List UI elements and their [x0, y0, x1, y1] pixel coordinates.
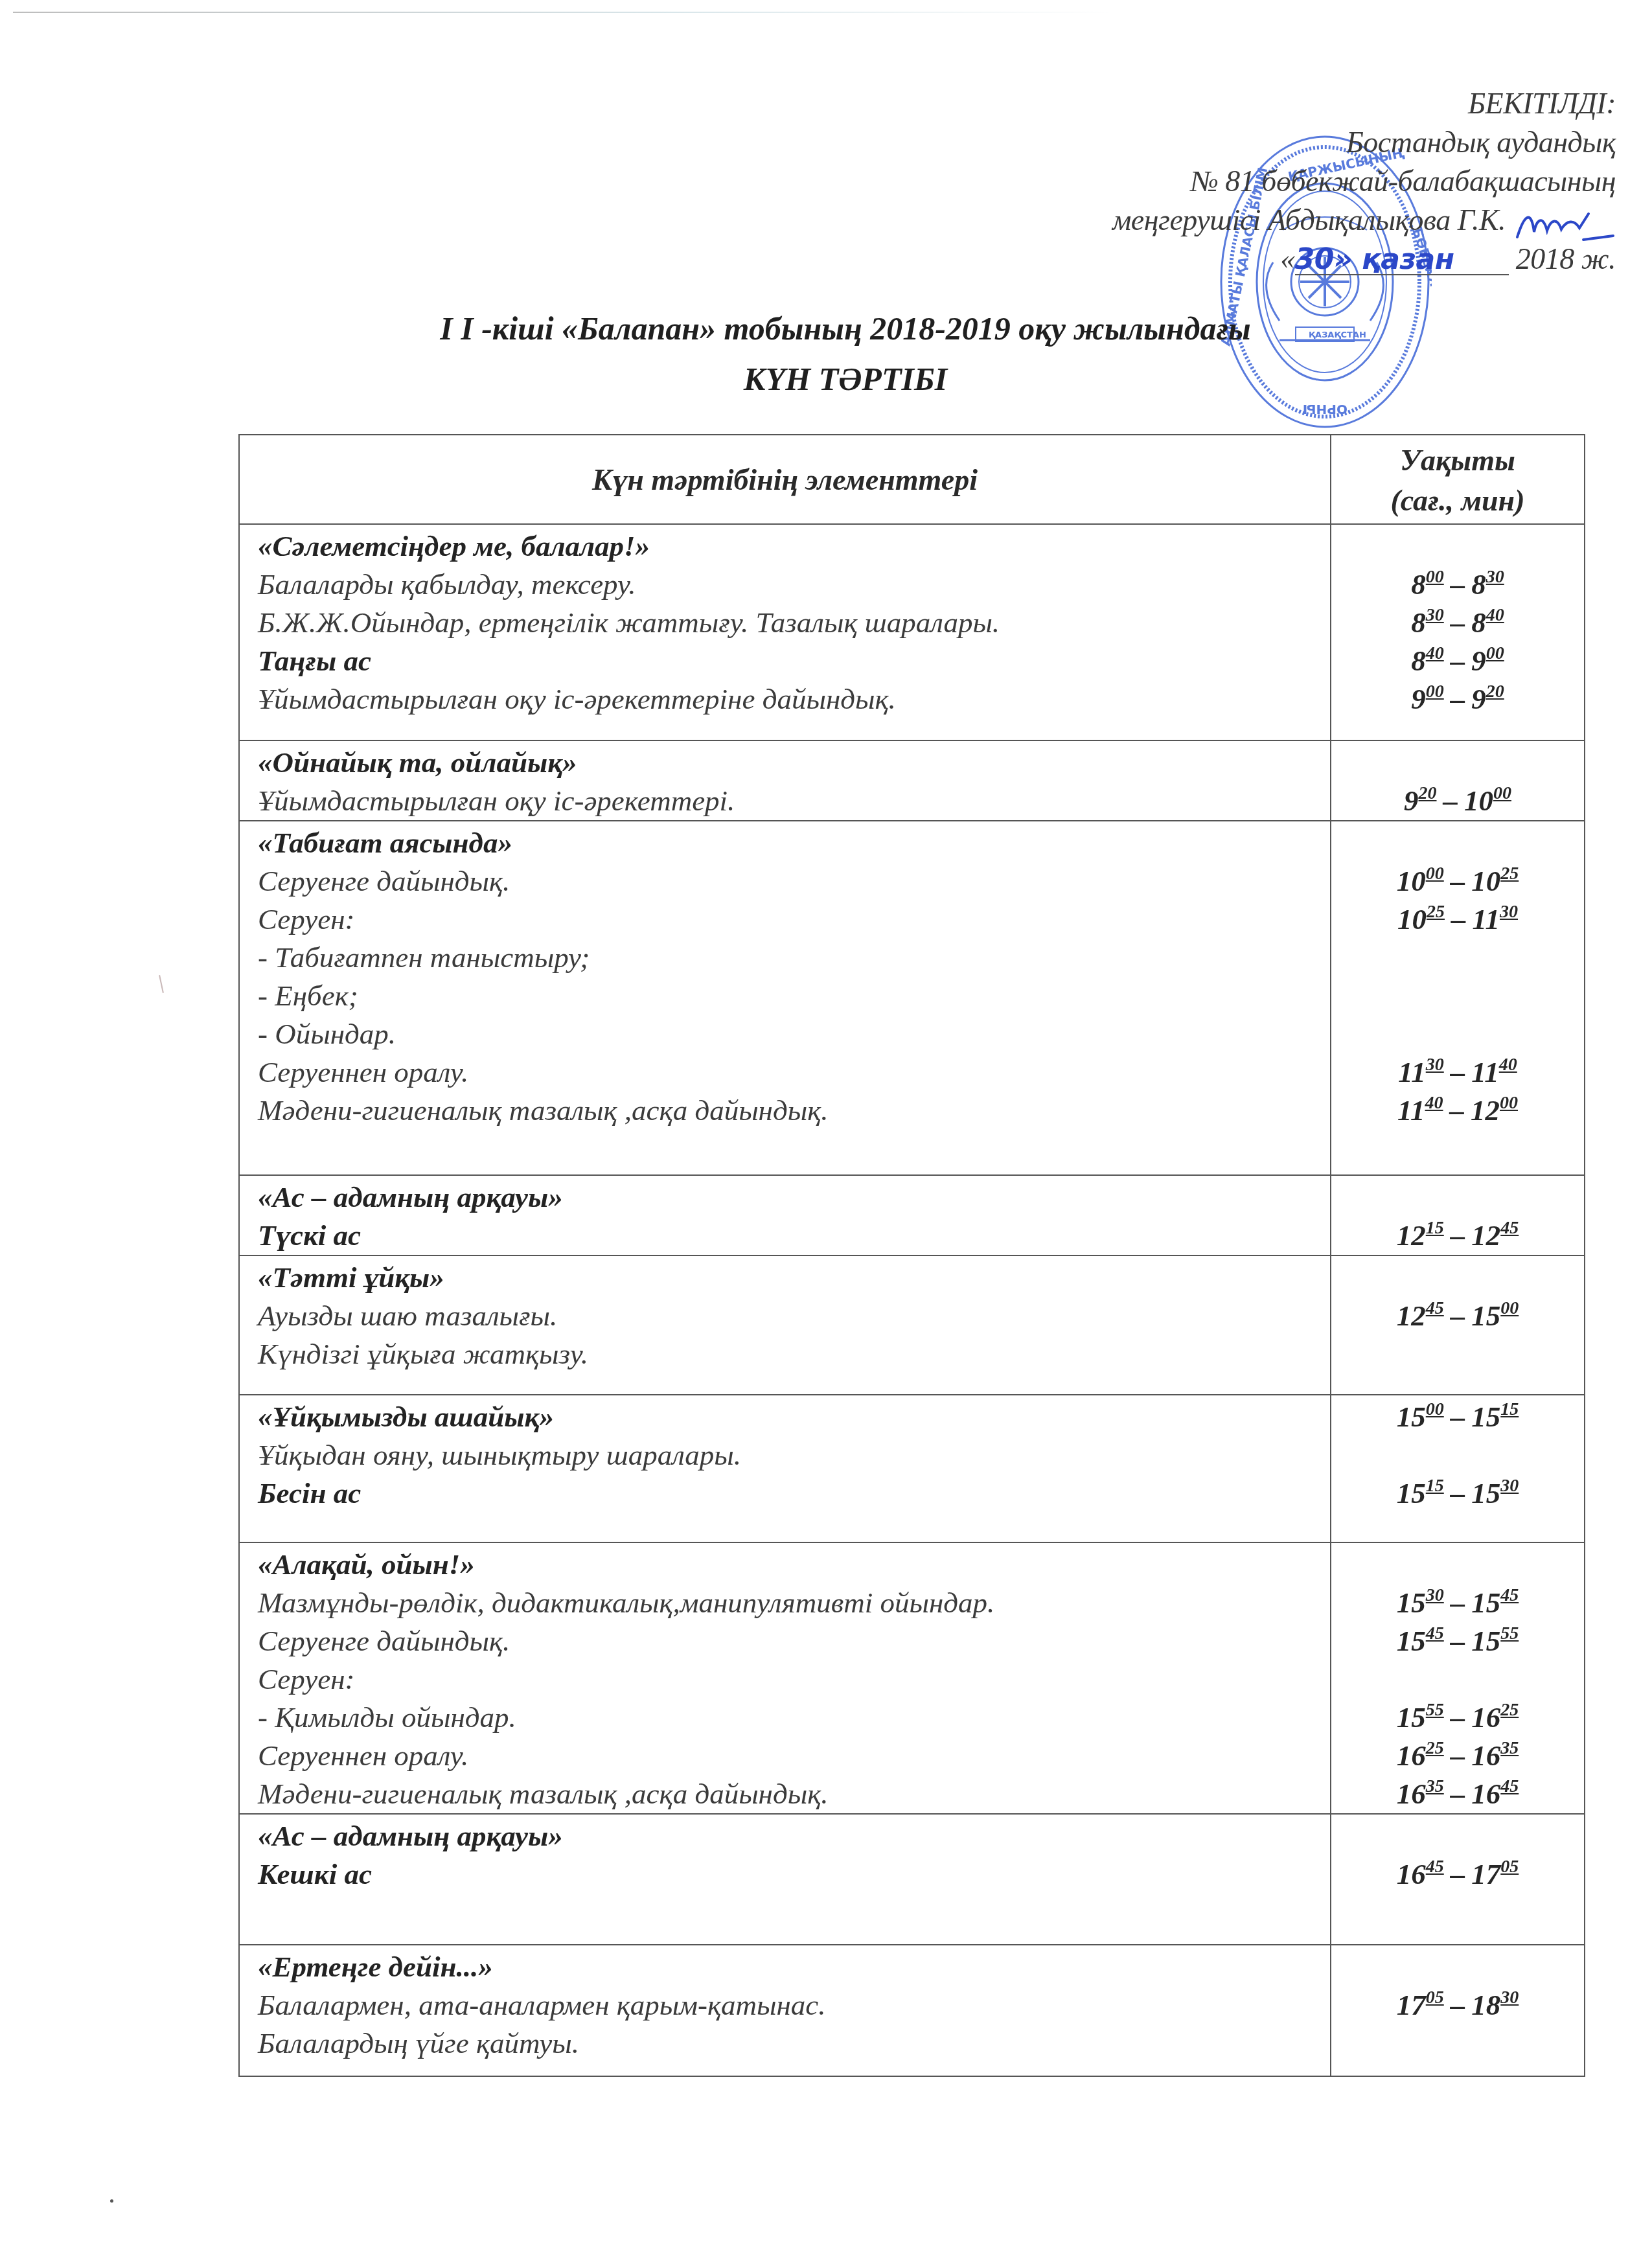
activity-item: Балалардың үйге қайтуы.: [258, 2024, 1330, 2063]
activity-item: Күндізгі ұйқыға жатқызу.: [258, 1335, 1330, 1373]
time-range: 840–900: [1331, 642, 1584, 680]
start-minutes: 45: [1426, 1298, 1444, 1318]
activity-item: Серуен:: [258, 900, 1330, 939]
end-hour: 15: [1471, 1300, 1500, 1332]
end-hour: 11: [1472, 903, 1500, 935]
approval-block: БЕКІТІЛДІ: Бостандық аудандық № 81 бөбек…: [1112, 84, 1616, 279]
dash: –: [1451, 1056, 1465, 1088]
activity-heading: «Сәлеметсіңдер ме, балалар!»: [258, 527, 1330, 566]
activity-item: Мәдени-гигиеналық тазалық ,асқа дайындық…: [258, 1092, 1330, 1130]
time-empty: [1331, 824, 1584, 862]
activity-item: - Табиғатпен таныстыру;: [258, 939, 1330, 977]
time-empty: [1331, 1546, 1584, 1584]
schedule-section-row: «Ертеңге дейін...»Балалармен, ата-аналар…: [239, 1945, 1585, 2076]
time-range: 1140–1200: [1331, 1092, 1584, 1130]
dash: –: [1451, 1219, 1465, 1252]
end-minutes: 45: [1500, 1218, 1519, 1238]
approval-institution: № 81 бөбекжай-балабақшасының: [1112, 162, 1616, 201]
schedule-section-row: «Ойнайық та, ойлайық»Ұйымдастырылған оқу…: [239, 740, 1585, 821]
time-range: 1245–1500: [1331, 1297, 1584, 1335]
schedule-section-row: «Тәтті ұйқы»Ауызды шаю тазалығы.Күндізгі…: [239, 1255, 1585, 1395]
end-hour: 9: [1471, 645, 1486, 677]
start-hour: 16: [1397, 1858, 1426, 1890]
dash: –: [1451, 1739, 1465, 1772]
time-range: 1025–1130: [1331, 900, 1584, 939]
dash: –: [1451, 606, 1465, 639]
dash: –: [1451, 1477, 1465, 1509]
activity-heading: «Табиғат аясында»: [258, 824, 1330, 862]
times-cell: 1215–1245: [1331, 1175, 1585, 1255]
activities-cell: «Ұйқымызды ашайық»Ұйқыдан ояну, шынықтыр…: [239, 1395, 1331, 1542]
time-empty: [1331, 744, 1584, 782]
start-hour: 15: [1397, 1625, 1426, 1657]
times-cell: 1000–10251025–11301130–11401140–1200: [1331, 821, 1585, 1175]
start-hour: 9: [1411, 683, 1426, 715]
schedule-section-row: «Ұйқымызды ашайық»Ұйқыдан ояну, шынықтыр…: [239, 1395, 1585, 1542]
start-hour: 12: [1397, 1300, 1426, 1332]
end-hour: 15: [1471, 1625, 1500, 1657]
dash: –: [1451, 903, 1466, 935]
end-minutes: 40: [1486, 605, 1504, 625]
end-minutes: 30: [1500, 902, 1518, 922]
time-range: 900–920: [1331, 680, 1584, 718]
header-time-units: (сағ., мин): [1331, 481, 1584, 521]
time-range: 1705–1830: [1331, 1986, 1584, 2024]
header-elements: Күн тәртібінің элементтері: [239, 435, 1331, 524]
end-minutes: 30: [1500, 1987, 1519, 2008]
activities-cell: «Ас – адамның арқауы»Түскі ас: [239, 1175, 1331, 1255]
end-hour: 8: [1471, 606, 1486, 639]
activities-cell: «Тәтті ұйқы»Ауызды шаю тазалығы.Күндізгі…: [239, 1255, 1331, 1395]
activity-item: Ұйымдастырылған оқу іс-әрекеттеріне дайы…: [258, 680, 1330, 718]
schedule-section-row: «Алақай, ойын!»Мазмұнды-рөлдік, дидактик…: [239, 1542, 1585, 1814]
activity-heading: «Ас – адамның арқауы»: [258, 1178, 1330, 1217]
daily-schedule-table: Күн тәртібінің элементтері Уақыты (сағ.,…: [238, 434, 1585, 2077]
activity-heading: Түскі ас: [258, 1217, 1330, 1255]
times-cell: 920–1000: [1331, 740, 1585, 821]
times-cell: 1530–15451545–15551555–16251625–16351635…: [1331, 1542, 1585, 1814]
start-hour: 16: [1397, 1739, 1426, 1772]
dash: –: [1450, 1094, 1465, 1127]
activity-item: Мазмұнды-рөлдік, дидактикалық,манипуляти…: [258, 1584, 1330, 1622]
approval-date: «30» қазан 2018 ж.: [1112, 240, 1616, 279]
approval-district: Бостандық аудандық: [1112, 123, 1616, 162]
activity-item: Балаларды қабылдау, тексеру.: [258, 566, 1330, 604]
end-hour: 11: [1471, 1056, 1499, 1088]
start-hour: 8: [1411, 568, 1426, 601]
end-minutes: 35: [1500, 1738, 1519, 1758]
end-minutes: 00: [1493, 783, 1511, 803]
activity-item: Б.Ж.Ж.Ойындар, ертеңгілік жаттығу. Тазал…: [258, 604, 1330, 642]
scan-mark: [159, 975, 164, 993]
activity-heading: Кешкі ас: [258, 1855, 1330, 1894]
start-minutes: 30: [1426, 605, 1444, 625]
end-minutes: 05: [1500, 1857, 1519, 1877]
time-range: 800–830: [1331, 566, 1584, 604]
time-empty: [1331, 939, 1584, 977]
time-range: 1515–1530: [1331, 1474, 1584, 1513]
svg-text:ОРНЫ: ОРНЫ: [1303, 402, 1348, 417]
activity-heading: Таңғы ас: [258, 642, 1330, 680]
time-range: 1000–1025: [1331, 862, 1584, 900]
end-hour: 15: [1471, 1401, 1500, 1433]
end-minutes: 25: [1500, 1700, 1519, 1720]
time-range: 1635–1645: [1331, 1775, 1584, 1813]
start-hour: 8: [1411, 645, 1426, 677]
end-hour: 16: [1471, 1701, 1500, 1734]
end-minutes: 25: [1500, 864, 1519, 884]
end-minutes: 20: [1486, 682, 1504, 702]
start-hour: 9: [1404, 785, 1419, 817]
start-minutes: 40: [1425, 1093, 1443, 1113]
end-hour: 10: [1471, 865, 1500, 897]
start-minutes: 15: [1426, 1476, 1444, 1496]
schedule-section-row: «Ас – адамның арқауы»Кешкі ас1645–1705: [239, 1814, 1585, 1945]
end-hour: 12: [1471, 1094, 1500, 1127]
time-empty: [1331, 1817, 1584, 1855]
start-minutes: 25: [1427, 902, 1445, 922]
start-minutes: 30: [1426, 1585, 1444, 1605]
table-header-row: Күн тәртібінің элементтері Уақыты (сағ.,…: [239, 435, 1585, 524]
time-range: 1130–1140: [1331, 1053, 1584, 1092]
scan-edge-line: [13, 12, 1114, 13]
start-minutes: 55: [1426, 1700, 1444, 1720]
end-hour: 16: [1471, 1739, 1500, 1772]
time-empty: [1331, 977, 1584, 1015]
end-hour: 17: [1471, 1858, 1500, 1890]
date-open-quote: «: [1280, 242, 1295, 275]
activity-item: Серуеннен оралу.: [258, 1737, 1330, 1775]
start-minutes: 45: [1426, 1623, 1444, 1644]
dash: –: [1443, 785, 1458, 817]
start-hour: 15: [1397, 1401, 1426, 1433]
end-hour: 18: [1471, 1989, 1500, 2021]
start-minutes: 00: [1426, 864, 1444, 884]
dash: –: [1451, 1300, 1465, 1332]
time-empty: [1331, 527, 1584, 566]
activity-heading: «Ертеңге дейін...»: [258, 1948, 1330, 1986]
time-empty: [1331, 1436, 1584, 1474]
signature-icon: [1512, 206, 1616, 245]
activity-item: - Ойындар.: [258, 1015, 1330, 1053]
time-range: 920–1000: [1331, 782, 1584, 820]
dash: –: [1451, 1401, 1465, 1433]
times-cell: 1705–1830: [1331, 1945, 1585, 2076]
activity-heading: «Ойнайық та, ойлайық»: [258, 744, 1330, 782]
time-empty: [1331, 1948, 1584, 1986]
time-range: 1215–1245: [1331, 1217, 1584, 1255]
time-range: 1645–1705: [1331, 1855, 1584, 1894]
schedule-body: «Сәлеметсіңдер ме, балалар!»Балаларды қа…: [239, 524, 1585, 2076]
start-hour: 11: [1397, 1094, 1425, 1127]
time-range: 1500–1515: [1331, 1398, 1584, 1436]
start-hour: 15: [1397, 1477, 1426, 1509]
time-empty: [1331, 1660, 1584, 1699]
start-hour: 10: [1397, 903, 1427, 935]
start-minutes: 45: [1426, 1857, 1444, 1877]
dash: –: [1451, 683, 1465, 715]
activities-cell: «Сәлеметсіңдер ме, балалар!»Балаларды қа…: [239, 524, 1331, 740]
start-hour: 12: [1397, 1219, 1426, 1252]
activities-cell: «Ертеңге дейін...»Балалармен, ата-аналар…: [239, 1945, 1331, 2076]
end-hour: 12: [1471, 1219, 1500, 1252]
start-hour: 17: [1397, 1989, 1426, 2021]
header-time-label: Уақыты: [1331, 441, 1584, 481]
end-minutes: 30: [1486, 567, 1504, 587]
activity-item: - Қимылды ойындар.: [258, 1699, 1330, 1737]
end-hour: 9: [1471, 683, 1486, 715]
time-empty: [1331, 1178, 1584, 1217]
end-hour: 10: [1464, 785, 1493, 817]
end-hour: 16: [1471, 1778, 1500, 1810]
time-empty: [1331, 1259, 1584, 1297]
activity-item: Серуенге дайындық.: [258, 862, 1330, 900]
start-hour: 15: [1397, 1701, 1426, 1734]
end-minutes: 00: [1500, 1298, 1519, 1318]
activity-item: Серуеннен оралу.: [258, 1053, 1330, 1092]
activity-item: Ұйқыдан ояну, шынықтыру шаралары.: [258, 1436, 1330, 1474]
end-hour: 8: [1471, 568, 1486, 601]
end-minutes: 40: [1499, 1055, 1517, 1075]
activity-item: Ұйымдастырылған оқу іс-әрекеттері.: [258, 782, 1330, 820]
activities-cell: «Ойнайық та, ойлайық»Ұйымдастырылған оқу…: [239, 740, 1331, 821]
date-suffix: 2018 ж.: [1516, 242, 1616, 275]
scan-speck: [110, 2199, 113, 2203]
activities-cell: «Ас – адамның арқауы»Кешкі ас: [239, 1814, 1331, 1945]
activities-cell: «Табиғат аясында»Серуенге дайындық.Серуе…: [239, 821, 1331, 1175]
activity-item: Ауызды шаю тазалығы.: [258, 1297, 1330, 1335]
activity-item: Серуенге дайындық.: [258, 1622, 1330, 1660]
dash: –: [1451, 1989, 1465, 2021]
end-minutes: 55: [1500, 1623, 1519, 1644]
start-minutes: 30: [1426, 1055, 1444, 1075]
start-minutes: 40: [1426, 643, 1444, 663]
activity-item: Балалармен, ата-аналармен қарым-қатынас.: [258, 1986, 1330, 2024]
document-subtitle: КҮН ТӘРТІБІ: [0, 360, 1652, 398]
end-minutes: 30: [1500, 1476, 1519, 1496]
dash: –: [1451, 1858, 1465, 1890]
schedule-section-row: «Табиғат аясында»Серуенге дайындық.Серуе…: [239, 821, 1585, 1175]
start-hour: 16: [1397, 1778, 1426, 1810]
start-minutes: 35: [1426, 1776, 1444, 1796]
end-minutes: 45: [1500, 1776, 1519, 1796]
time-empty: [1331, 1015, 1584, 1053]
activity-heading: «Ұйқымызды ашайық»: [258, 1398, 1330, 1436]
times-cell: 1500–15151515–1530: [1331, 1395, 1585, 1542]
times-cell: 800–830830–840840–900900–920: [1331, 524, 1585, 740]
document-title: І І -кіші «Балапан» тобының 2018-2019 оқ…: [0, 310, 1652, 347]
start-hour: 8: [1411, 606, 1426, 639]
date-handwritten: 30» қазан: [1295, 246, 1509, 275]
activity-heading: «Ас – адамның арқауы»: [258, 1817, 1330, 1855]
time-range: 830–840: [1331, 604, 1584, 642]
time-empty: [1331, 2024, 1584, 2063]
time-empty: [1331, 1335, 1584, 1373]
dash: –: [1451, 865, 1465, 897]
start-hour: 10: [1397, 865, 1426, 897]
end-minutes: 15: [1500, 1399, 1519, 1419]
dash: –: [1451, 645, 1465, 677]
dash: –: [1451, 1778, 1465, 1810]
dash: –: [1451, 1586, 1465, 1619]
start-minutes: 00: [1426, 682, 1444, 702]
dash: –: [1451, 568, 1465, 601]
activity-item: - Еңбек;: [258, 977, 1330, 1015]
dash: –: [1451, 1625, 1465, 1657]
end-hour: 15: [1471, 1477, 1500, 1509]
times-cell: 1245–1500: [1331, 1255, 1585, 1395]
start-hour: 11: [1398, 1056, 1426, 1088]
activity-item: Мәдени-гигиеналық тазалық ,асқа дайындық…: [258, 1775, 1330, 1813]
time-range: 1555–1625: [1331, 1699, 1584, 1737]
activity-heading: «Алақай, ойын!»: [258, 1546, 1330, 1584]
start-minutes: 00: [1426, 567, 1444, 587]
start-minutes: 20: [1419, 783, 1437, 803]
schedule-section-row: «Сәлеметсіңдер ме, балалар!»Балаларды қа…: [239, 524, 1585, 740]
activities-cell: «Алақай, ойын!»Мазмұнды-рөлдік, дидактик…: [239, 1542, 1331, 1814]
activity-item: Серуен:: [258, 1660, 1330, 1699]
start-minutes: 05: [1426, 1987, 1444, 2008]
end-minutes: 00: [1500, 1093, 1518, 1113]
activity-heading: Бесін ас: [258, 1474, 1330, 1513]
times-cell: 1645–1705: [1331, 1814, 1585, 1945]
start-minutes: 25: [1426, 1738, 1444, 1758]
start-minutes: 00: [1426, 1399, 1444, 1419]
start-hour: 15: [1397, 1586, 1426, 1619]
time-range: 1530–1545: [1331, 1584, 1584, 1622]
header-time: Уақыты (сағ., мин): [1331, 435, 1585, 524]
approval-heading: БЕКІТІЛДІ:: [1112, 84, 1616, 123]
end-minutes: 00: [1486, 643, 1504, 663]
activity-heading: «Тәтті ұйқы»: [258, 1259, 1330, 1297]
start-minutes: 15: [1426, 1218, 1444, 1238]
end-hour: 15: [1471, 1586, 1500, 1619]
end-minutes: 45: [1500, 1585, 1519, 1605]
time-range: 1545–1555: [1331, 1622, 1584, 1660]
schedule-section-row: «Ас – адамның арқауы»Түскі ас1215–1245: [239, 1175, 1585, 1255]
dash: –: [1451, 1701, 1465, 1734]
time-range: 1625–1635: [1331, 1737, 1584, 1775]
